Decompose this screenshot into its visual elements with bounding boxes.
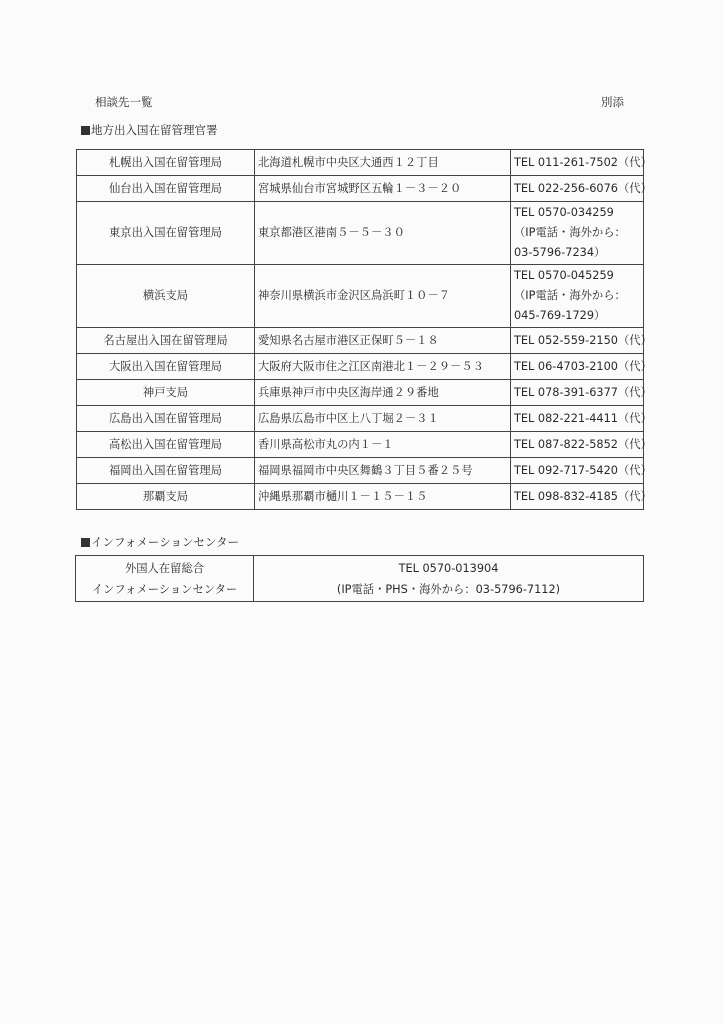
table-row: 福岡出入国在留管理局 福岡県福岡市中央区舞鶴３丁目５番２５号 TEL 092-7… — [77, 458, 644, 484]
table-row: 広島出入国在留管理局 広島県広島市中区上八丁堀２－３１ TEL 082-221-… — [77, 406, 644, 432]
table-row: 神戸支局 兵庫県神戸市中央区海岸通２９番地 TEL 078-391-6377（代… — [77, 380, 644, 406]
office-tel: TEL 078-391-6377（代） — [511, 380, 644, 406]
table-row: 東京出入国在留管理局 東京都港区港南５－５－３０ TEL 0570-034259… — [77, 202, 644, 265]
section-heading-regional: 地方出入国在留管理官署 — [81, 122, 218, 138]
office-name: 那覇支局 — [77, 484, 255, 510]
office-address: 北海道札幌市中央区大通西１２丁目 — [255, 150, 511, 176]
table-row: 大阪出入国在留管理局 大阪府大阪市住之江区南港北１－２９－５３ TEL 06-4… — [77, 354, 644, 380]
office-name: 大阪出入国在留管理局 — [77, 354, 255, 380]
table-row: 札幌出入国在留管理局 北海道札幌市中央区大通西１２丁目 TEL 011-261-… — [77, 150, 644, 176]
office-tel: TEL 087-822-5852（代） — [511, 432, 644, 458]
office-address: 愛知県名古屋市港区正保町５－１８ — [255, 328, 511, 354]
office-tel: TEL 052-559-2150（代） — [511, 328, 644, 354]
office-address: 福岡県福岡市中央区舞鶴３丁目５番２５号 — [255, 458, 511, 484]
office-address: 宮城県仙台市宮城野区五輪１－３－２０ — [255, 176, 511, 202]
office-tel: TEL 011-261-7502（代） — [511, 150, 644, 176]
office-name: 仙台出入国在留管理局 — [77, 176, 255, 202]
office-tel: TEL 0570-034259 （IP電話・海外から： 03-5796-7234… — [511, 202, 644, 265]
office-name: 横浜支局 — [77, 265, 255, 328]
office-name: 高松出入国在留管理局 — [77, 432, 255, 458]
office-tel: TEL 06-4703-2100（代） — [511, 354, 644, 380]
office-address: 大阪府大阪市住之江区南港北１－２９－５３ — [255, 354, 511, 380]
table-row: 那覇支局 沖縄県那覇市樋川１－１５－１５ TEL 098-832-4185（代） — [77, 484, 644, 510]
office-address: 東京都港区港南５－５－３０ — [255, 202, 511, 265]
info-center-name: 外国人在留総合 インフォメーションセンター — [76, 556, 254, 602]
table-row: 外国人在留総合 インフォメーションセンター TEL 0570-013904 (I… — [76, 556, 644, 602]
table-row: 高松出入国在留管理局 香川県高松市丸の内１－１ TEL 087-822-5852… — [77, 432, 644, 458]
office-name: 神戸支局 — [77, 380, 255, 406]
table-row: 仙台出入国在留管理局 宮城県仙台市宮城野区五輪１－３－２０ TEL 022-25… — [77, 176, 644, 202]
office-name: 東京出入国在留管理局 — [77, 202, 255, 265]
office-tel: TEL 082-221-4411（代） — [511, 406, 644, 432]
info-center-tel: TEL 0570-013904 (IP電話・PHS・海外から：03-5796-7… — [254, 556, 644, 602]
attachment-label: 別添 — [601, 94, 624, 110]
office-tel: TEL 0570-045259 （IP電話・海外から： 045-769-1729… — [511, 265, 644, 328]
document-title: 相談先一覧 — [95, 94, 153, 110]
office-name: 名古屋出入国在留管理局 — [77, 328, 255, 354]
info-center-table: 外国人在留総合 インフォメーションセンター TEL 0570-013904 (I… — [75, 555, 644, 602]
table-row: 横浜支局 神奈川県横浜市金沢区鳥浜町１０－７ TEL 0570-045259 （… — [77, 265, 644, 328]
office-name: 札幌出入国在留管理局 — [77, 150, 255, 176]
square-bullet-icon — [81, 126, 90, 135]
table-row: 名古屋出入国在留管理局 愛知県名古屋市港区正保町５－１８ TEL 052-559… — [77, 328, 644, 354]
office-name: 福岡出入国在留管理局 — [77, 458, 255, 484]
section-heading-info-center: インフォメーションセンター — [81, 534, 239, 550]
regional-offices-table: 札幌出入国在留管理局 北海道札幌市中央区大通西１２丁目 TEL 011-261-… — [76, 149, 644, 510]
office-tel: TEL 022-256-6076（代） — [511, 176, 644, 202]
office-address: 広島県広島市中区上八丁堀２－３１ — [255, 406, 511, 432]
office-address: 沖縄県那覇市樋川１－１５－１５ — [255, 484, 511, 510]
office-address: 神奈川県横浜市金沢区鳥浜町１０－７ — [255, 265, 511, 328]
office-tel: TEL 092-717-5420（代） — [511, 458, 644, 484]
office-address: 香川県高松市丸の内１－１ — [255, 432, 511, 458]
office-name: 広島出入国在留管理局 — [77, 406, 255, 432]
office-address: 兵庫県神戸市中央区海岸通２９番地 — [255, 380, 511, 406]
square-bullet-icon — [81, 538, 90, 547]
office-tel: TEL 098-832-4185（代） — [511, 484, 644, 510]
